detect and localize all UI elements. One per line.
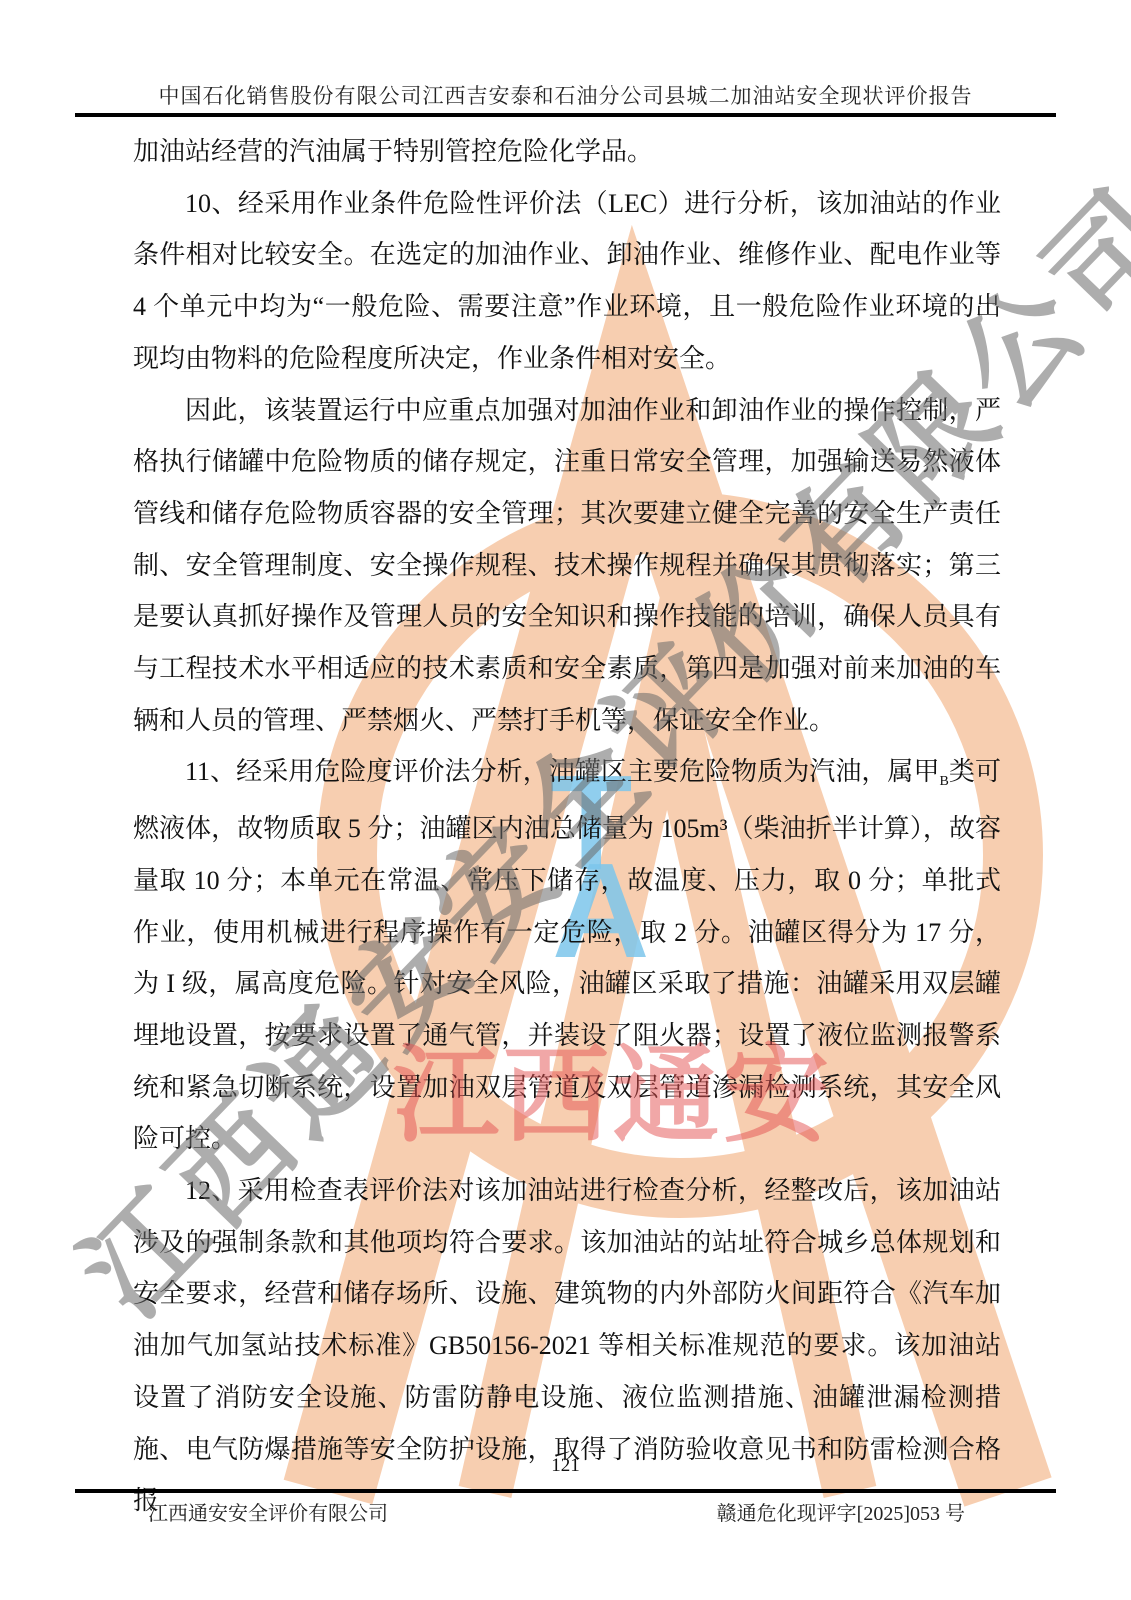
footer-company: 江西通安安全评价有限公司	[148, 1497, 388, 1526]
page-number: 121	[0, 1455, 1131, 1477]
paragraph-item-11-text-rest: 类可燃液体，故物质取 5 分；油罐区内油总储量为 105m³（柴油折半计算），故…	[133, 757, 1001, 1153]
paragraph-conclusion: 因此，该装置运行中应重点加强对加油作业和卸油作业的操作控制，严格执行储罐中危险物…	[133, 385, 1001, 747]
report-body: 加油站经营的汽油属于特别管控危险化学品。 10、经采用作业条件危险性评价法（LE…	[133, 126, 1001, 1527]
page-title: 中国石化销售股份有限公司江西吉安泰和石油分公司县城二加油站安全现状评价报告	[0, 80, 1131, 110]
paragraph-continuation: 加油站经营的汽油属于特别管控危险化学品。	[133, 126, 1001, 178]
header-divider	[75, 113, 1056, 117]
paragraph-item-11-text: 11、经采用危险度评价法分析，油罐区主要危险物质为汽油，属甲	[185, 757, 940, 786]
paragraph-item-10: 10、经采用作业条件危险性评价法（LEC）进行分析，该加油站的作业条件相对比较安…	[133, 178, 1001, 385]
paragraph-item-11: 11、经采用危险度评价法分析，油罐区主要危险物质为汽油，属甲B类可燃液体，故物质…	[133, 746, 1001, 1165]
report-page: T A 中国石化销售股份有限公司江西吉安泰和石油分公司县城二加油站安全现状评价报…	[0, 0, 1131, 1600]
footer-doc-number: 赣通危化现评字[2025]053 号	[717, 1497, 965, 1526]
footer-divider	[75, 1489, 1056, 1493]
footer: 江西通安安全评价有限公司 赣通危化现评字[2025]053 号	[0, 1497, 1131, 1526]
subscript-b: B	[940, 774, 949, 789]
